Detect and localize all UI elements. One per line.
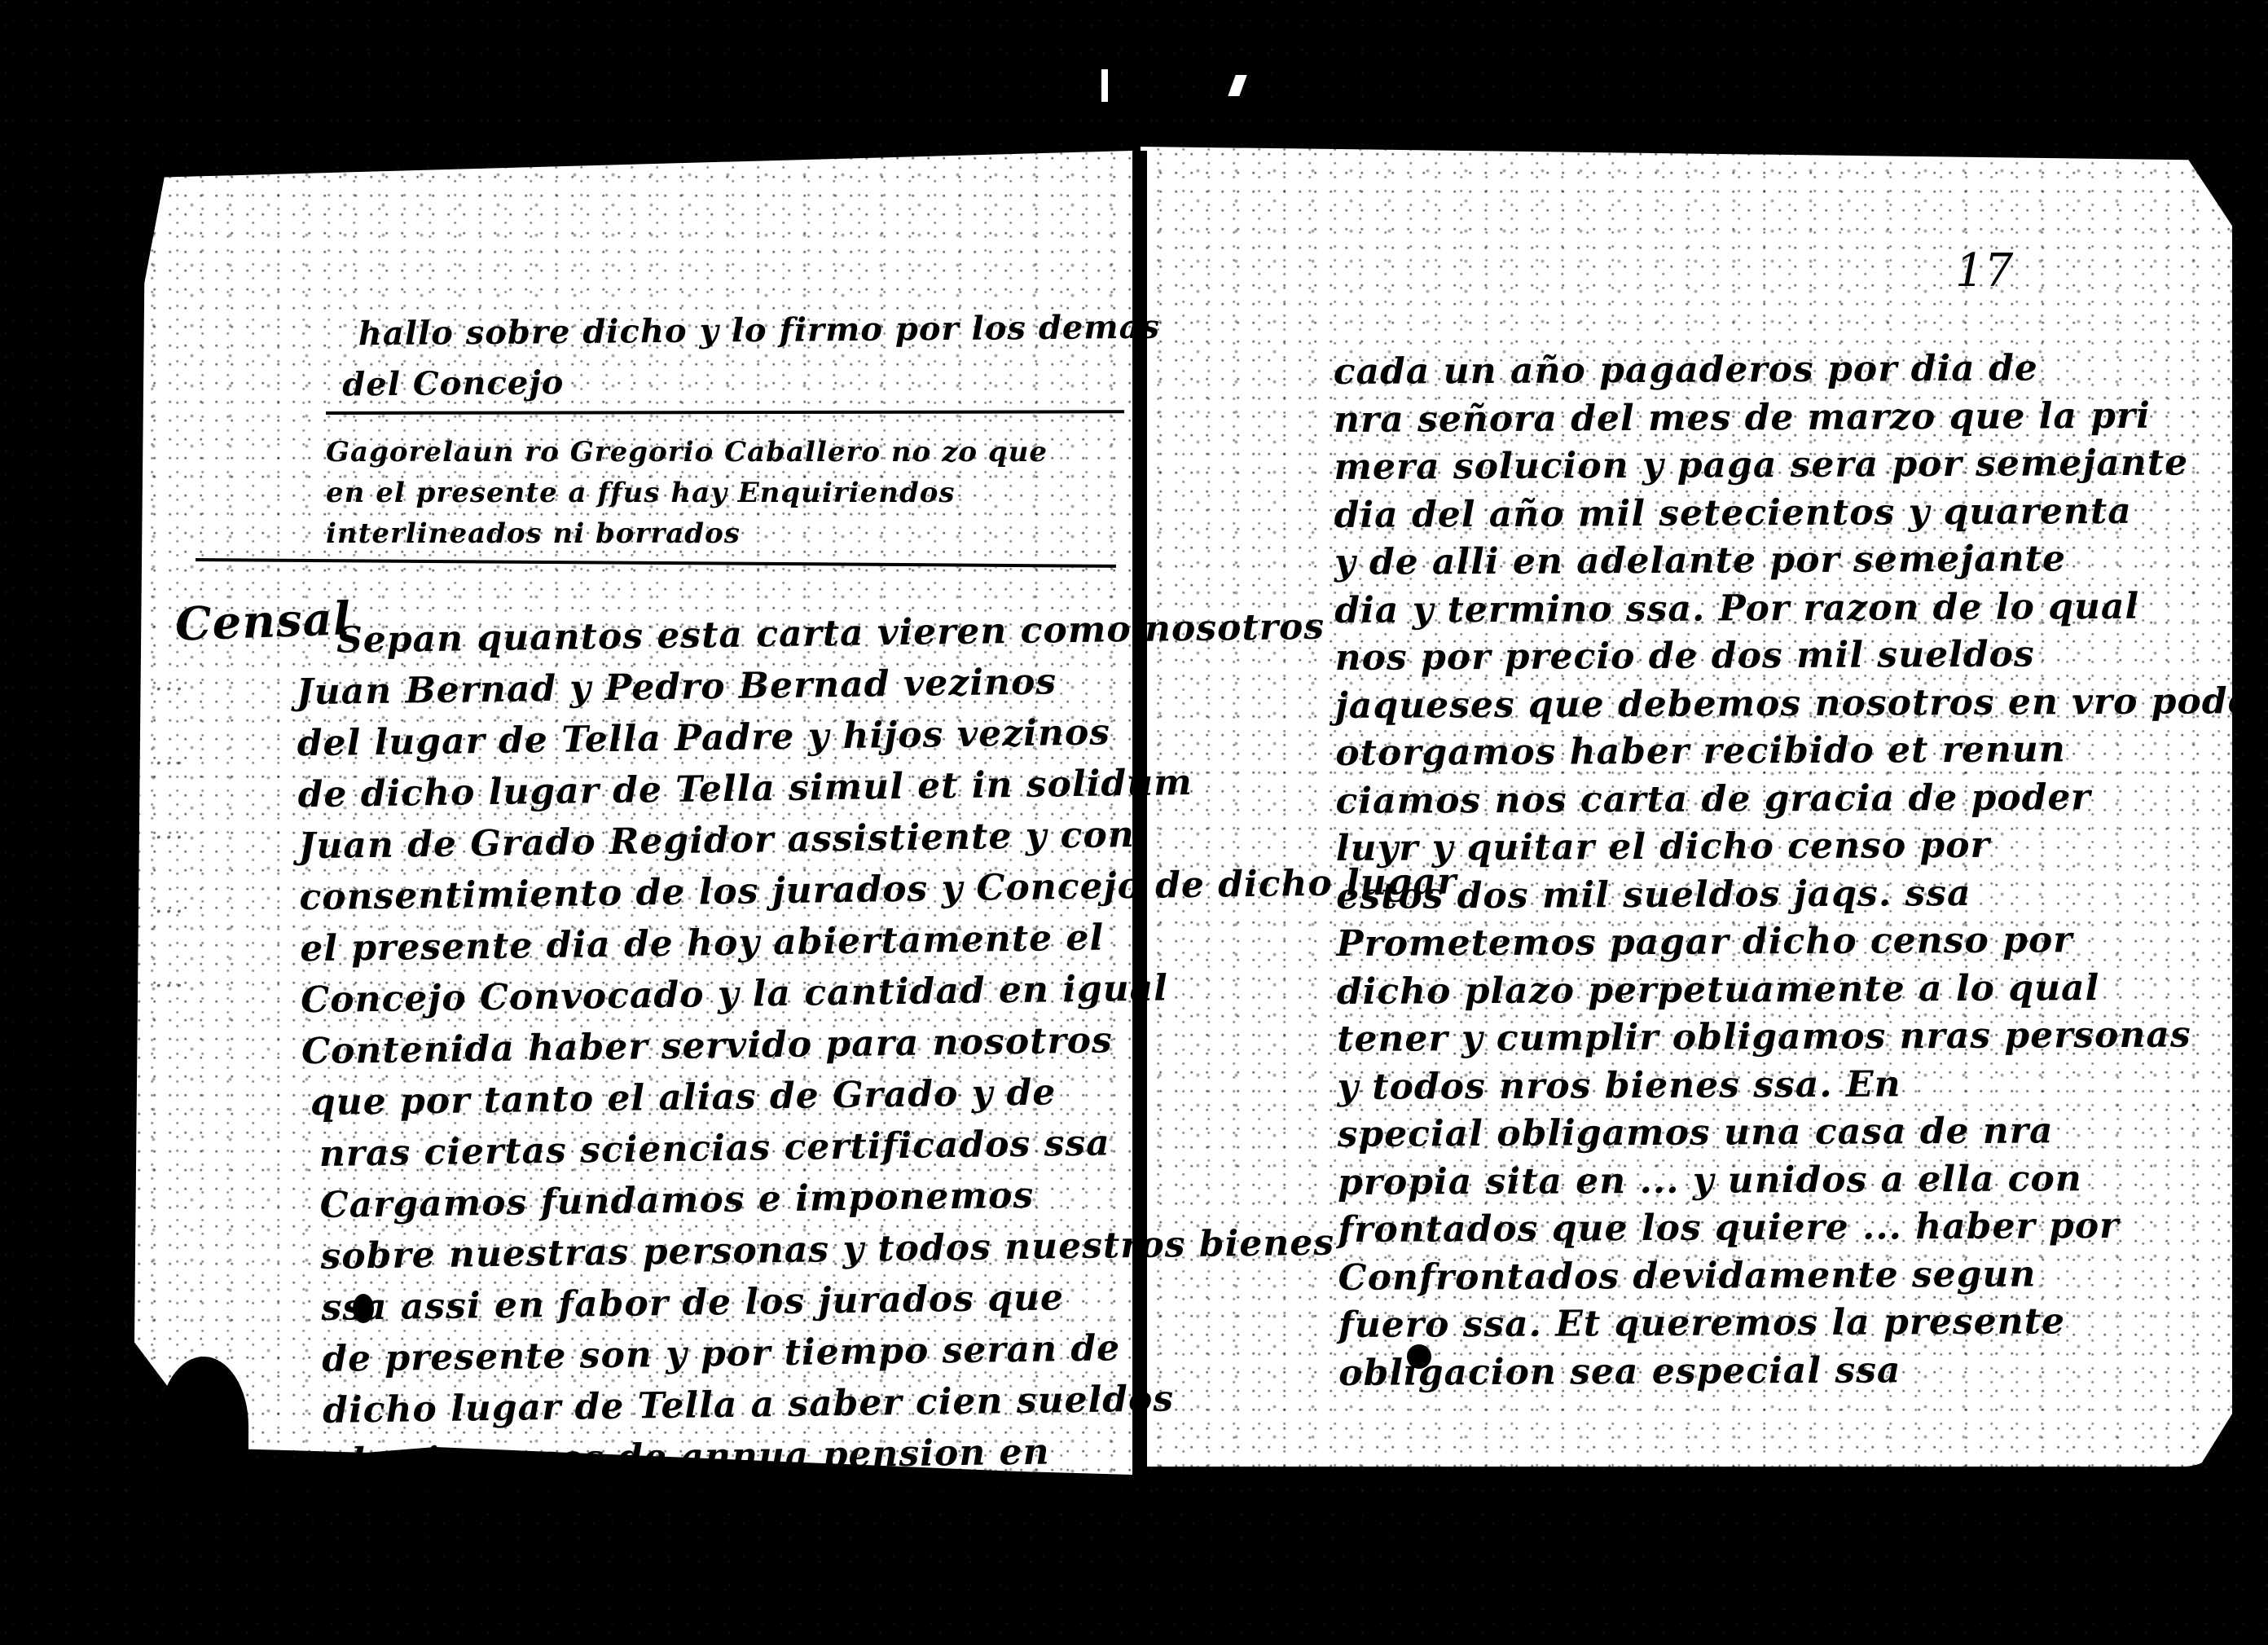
bleedthrough-line: ... (155, 891, 186, 919)
body-line: ciamos nos carta de gracia de poder (1335, 772, 2268, 825)
body-line: tener y cumplir obligamos nras personas (1337, 1011, 2268, 1064)
body-line: luyr y quitar el dicho censo por (1336, 820, 2268, 873)
body-line: estos dos mil sueldos jaqs. ssa (1336, 868, 2268, 921)
bleedthrough-line: ... (155, 668, 186, 697)
note-line: Gagorelaun ro Gregorio Caballero no zo q… (326, 432, 1048, 473)
body-line: nra señora del mes de marzo que la pri (1334, 392, 2268, 445)
ink-blot (1407, 1344, 1431, 1369)
body-line: Confrontados devidamente segun (1338, 1249, 2268, 1302)
ink-blot (353, 1294, 374, 1323)
body-line: mera solucion y paga sera por semejante (1334, 439, 2268, 492)
heading-line: del Concejo (342, 353, 1161, 411)
bleedthrough-line: ... (155, 742, 186, 771)
body-line: fuero ssa. Et queremos la presente (1338, 1297, 2268, 1350)
heading-block: hallo sobre dicho y lo firmo por los dem… (358, 302, 1160, 411)
folio-number: 17 (1955, 244, 2013, 297)
body-line: Prometemos pagar dicho censo por (1336, 916, 2268, 969)
note-block: Gagorelaun ro Gregorio Caballero no zo q… (326, 432, 1048, 554)
heading-line: hallo sobre dicho y lo firmo por los dem… (358, 302, 1160, 360)
body-line: y todos nros bienes ssa. En (1337, 1058, 2268, 1111)
body-line: special obligamos una casa de nra (1338, 1106, 2268, 1159)
left-margin-bleedthrough: ... ... ... ... ... (155, 668, 186, 1039)
bleedthrough-line: ... (155, 816, 186, 845)
top-scan-artifact (1101, 69, 1108, 102)
margin-label-censal: Censal (174, 592, 352, 651)
left-page-body: Sepan quantos esta carta vieren como nos… (336, 599, 1466, 1487)
body-line: dia y termino ssa. Por razon de lo qual (1334, 582, 2268, 635)
body-line: obligacion sea especial ssa (1338, 1344, 2268, 1397)
right-page-body: cada un año pagaderos por dia de nra señ… (1334, 344, 2268, 1397)
body-line: y de alli en adelante por semejante (1334, 534, 2268, 587)
page-corner-damage (159, 1357, 248, 1495)
body-line: cada un año pagaderos por dia de (1334, 344, 2268, 397)
body-line: frontados que los quiere ... haber por (1338, 1202, 2268, 1255)
body-line: otorgamos haber recibido et renun (1335, 725, 2268, 778)
note-line: en el presente a ffus hay Enquiriendos (326, 473, 1048, 513)
note-line: interlineados ni borrados (326, 513, 1048, 554)
body-line: propia sita en ... y unidos a ella con (1338, 1154, 2268, 1207)
bleedthrough-line: ... (155, 965, 186, 993)
body-line: nos por precio de dos mil sueldos (1334, 630, 2268, 683)
body-line: dia del año mil setecientos y quarenta (1334, 486, 2268, 539)
body-line: jaqueses que debemos nosotros en vro pod… (1335, 677, 2268, 730)
body-line: dicho plazo perpetuamente a lo qual (1337, 963, 2268, 1016)
